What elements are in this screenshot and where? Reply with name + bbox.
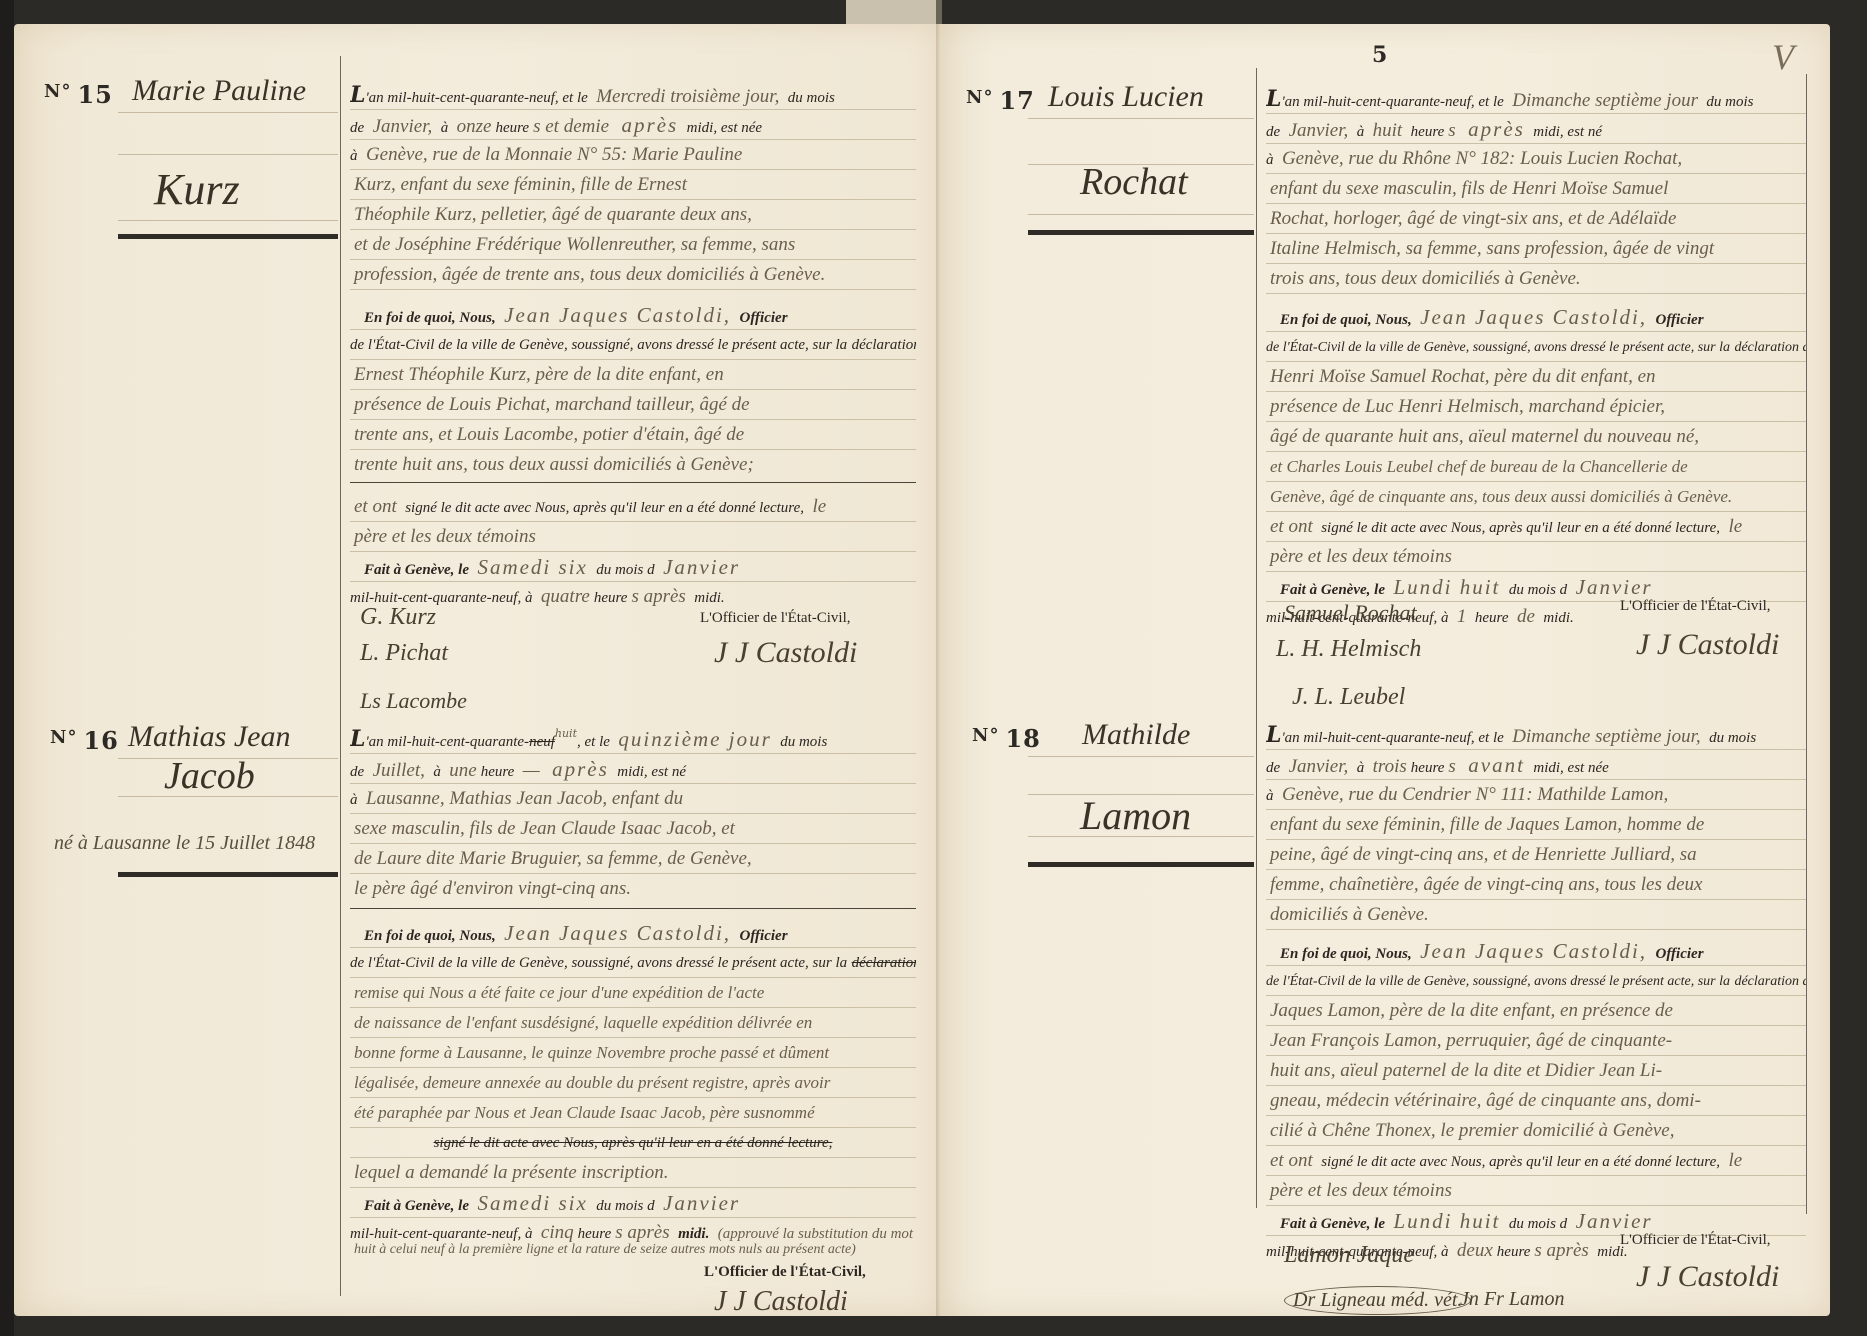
handwritten-field: Lundi huit [1389,575,1504,599]
handwritten-field: après [1464,117,1529,141]
handwritten-line: Jean François Lamon, perruquier, âgé de … [1266,1030,1676,1051]
handwritten-field: Mercredi troisième jour, [592,86,783,107]
handwritten-field: s après [1530,1240,1592,1261]
handwritten-line: Genève, rue du Rhône N° 182: Louis Lucie… [1278,148,1686,169]
signature: G. Kurz [360,604,436,631]
rule [1028,118,1254,119]
rule [1028,214,1254,215]
handwritten-line: lequel a demandé la présente inscription… [350,1162,673,1183]
handwritten-line: Ernest Théophile Kurz, père de la dite e… [350,364,728,385]
handwritten-field: et ont [1266,516,1317,537]
handwritten-line: profession, âgée de trente ans, tous deu… [350,264,829,285]
handwritten-field: Janvier, [1285,120,1353,141]
drop-initial: L [1266,86,1281,112]
handwritten-field: Janvier, [369,116,437,137]
entry-number-15: N°15 [44,80,113,109]
form-text: Fait à Genève, le [1280,1216,1385,1232]
form-text: de l'État-Civil de la ville de Genève, s… [1266,340,1730,355]
form-text: Officier [740,310,788,326]
form-text: Fait à Genève, le [364,562,469,578]
handwritten-field: une [445,760,480,781]
form-text: midi, est né [1533,124,1602,140]
form-text: heure [578,1226,612,1242]
entry-17-declaration: En foi de quoi, Nous, Jean Jaques Castol… [1266,302,1806,632]
handwritten-line: enfant du sexe masculin, fils de Henri M… [1266,178,1672,199]
entry-15-birth: L'an mil-huit-cent-quarante-neuf, et le … [350,80,916,290]
handwritten-field: avant [1464,753,1529,777]
handwritten-field: 1 [1453,606,1471,627]
form-text: du mois d [596,1198,654,1214]
form-text: déclaration de [1734,974,1806,989]
officer-signature: J J Castoldi [1636,1260,1779,1294]
entry-number-18: N°18 [972,724,1041,753]
handwritten-line: enfant du sexe féminin, fille de Jaques … [1266,814,1708,835]
form-text: du mois [1709,730,1756,746]
form-text: Fait à Genève, le [1280,582,1385,598]
entry-15-signing: et ont signé le dit acte avec Nous, aprè… [350,492,916,612]
form-text: 'an mil-huit-cent-quarante-neuf, et le [1281,94,1503,110]
form-text: midi, est né [617,764,686,780]
officer-label: L'Officier de l'État-Civil, [1620,1232,1771,1249]
form-text: à [1357,760,1365,776]
form-text: de [1266,124,1280,140]
form-text: de [350,764,364,780]
margin-divider [340,56,341,1296]
form-text: heure [1497,1244,1531,1260]
handwritten-field: quatre [537,586,594,607]
form-text: déclaration de [852,337,916,353]
handwritten-field: cinq [537,1222,578,1243]
handwritten-line: Rochat, horloger, âgé de vingt-six ans, … [1266,208,1680,229]
entry-16-declaration: En foi de quoi, Nous, Jean Jaques Castol… [350,918,916,1248]
struck-text: déclaration de [852,955,916,971]
entry-number-value: 17 [999,86,1034,115]
form-text: heure [1411,760,1445,776]
section-rule [118,234,338,239]
handwritten-field: Janvier, [1285,756,1353,777]
form-text: du mois d [596,562,654,578]
handwritten-line: de naissance de l'enfant susdésigné, laq… [350,1013,816,1032]
approval-note: huit à celui neuf à la première ligne et… [350,1242,860,1258]
handwritten-field: Juillet, [369,760,429,781]
officer-signature: J J Castoldi [714,1286,848,1318]
drop-initial: L [1266,722,1281,748]
handwritten-field: après [618,113,683,137]
signature: L. H. Helmisch [1276,636,1421,663]
form-text: signé le dit acte avec Nous, après qu'il… [1321,520,1720,536]
entry-surname: Lamon [1080,792,1191,839]
entry-given-names: Mathias Jean [128,720,290,754]
form-text: heure [495,120,529,136]
handwritten-line: peine, âgé de vingt-cinq ans, et de Henr… [1266,844,1701,865]
form-text: Officier [1656,946,1704,962]
drop-initial: L [350,726,365,752]
form-text: à [1357,124,1365,140]
handwritten-line: père et les deux témoins [350,526,540,547]
handwritten-field: s [1444,120,1459,141]
handwritten-field: trois [1369,756,1411,777]
entry-given-names: Marie Pauline [132,74,306,108]
handwritten-line: le père âgé d'environ vingt-cinq ans. [350,878,635,899]
handwritten-field: Samedi six [473,555,591,579]
rule [1028,836,1254,837]
form-text: du mois [788,90,835,106]
form-text: de l'État-Civil de la ville de Genève, s… [350,955,847,971]
form-text: à [1266,152,1274,168]
form-text: midi. [678,1226,709,1242]
form-text: heure [481,764,515,780]
section-rule [350,482,916,483]
folio-mark: V [1772,36,1794,78]
handwritten-line: femme, chaînetière, âgée de vingt-cinq a… [1266,874,1706,895]
handwritten-field: Janvier [659,555,744,579]
handwritten-line: huit ans, aïeul paternel de la dite et D… [1266,1060,1666,1081]
form-text: 'an mil-huit-cent-quarante-neuf, et le [365,90,587,106]
form-text: à [350,148,358,164]
form-text: du mois [1706,94,1753,110]
form-text: midi. [1543,610,1573,626]
birth-note: né à Lausanne le 15 Juillet 1848 [54,832,315,855]
handwritten-line: cilié à Chêne Thonex, le premier domicil… [1266,1120,1679,1141]
handwritten-field: s après [627,586,689,607]
form-text: mil-huit-cent-quarante-neuf, à [350,1226,532,1242]
form-text: En foi de quoi, Nous, [1280,946,1412,962]
officer-name: Jean Jaques Castoldi, [1416,939,1651,963]
entry-given-names: Louis Lucien [1048,80,1204,114]
handwritten-line: Genève, rue de la Monnaie N° 55: Marie P… [362,144,746,165]
signature: Dr Ligneau méd. vét. [1284,1286,1471,1315]
entry-15-declaration: En foi de quoi, Nous, Jean Jaques Castol… [350,300,916,480]
form-text: du mois [780,734,827,750]
entry-surname: Kurz [154,164,240,215]
form-text: du mois d [1509,1216,1567,1232]
right-margin-line [1806,74,1807,1214]
handwritten-field: Dimanche septième jour [1508,90,1702,111]
handwritten-field: Samedi six [473,1191,591,1215]
form-text: Fait à Genève, le [364,1198,469,1214]
handwritten-line: et de Joséphine Frédérique Wollenreuther… [350,234,799,255]
page-number: 5 [1372,42,1387,68]
form-text: Officier [740,928,788,944]
handwritten-line: Jaques Lamon, père de la dite enfant, en… [1266,1000,1677,1021]
handwritten-line: présence de Louis Pichat, marchand taill… [350,394,754,415]
signature: Jn Fr Lamon [1460,1288,1564,1311]
handwritten-field: Janvier [659,1191,744,1215]
officer-name: Jean Jaques Castoldi, [500,921,735,945]
form-text: Officier [1656,312,1704,328]
drop-initial: L [350,82,365,108]
handwritten-line: bonne forme à Lausanne, le quinze Novemb… [350,1043,833,1062]
handwritten-field: Janvier [1572,575,1657,599]
handwritten-line: Italine Helmisch, sa femme, sans profess… [1266,238,1718,259]
form-text: de [1266,760,1280,776]
handwritten-field: de [1513,606,1539,627]
form-text: à [350,792,358,808]
rule [1028,756,1254,757]
form-text: En foi de quoi, Nous, [364,310,496,326]
approval-note: (approuvé la substitution du mot [714,1226,916,1242]
officer-signature: J J Castoldi [1636,628,1779,662]
entry-number-17: N°17 [966,86,1035,115]
handwritten-line: Genève, âgé de cinquante ans, tous deux … [1266,487,1736,506]
handwritten-line: Théophile Kurz, pelletier, âgé de quaran… [350,204,756,225]
handwritten-field: quinzième jour [614,727,775,751]
form-text: signé le dit acte avec Nous, après qu'il… [405,500,804,516]
handwritten-field: et ont [1266,1150,1317,1171]
entry-16-birth: L'an mil-huit-cent-quarante-neufhuit, et… [350,724,916,904]
form-text: signé le dit acte avec Nous, après qu'il… [1321,1154,1720,1170]
form-text: déclaration de [1734,340,1806,355]
handwritten-line: Genève, rue du Cendrier N° 111: Mathilde… [1278,784,1672,805]
section-rule [1028,230,1254,235]
form-text: En foi de quoi, Nous, [1280,312,1412,328]
entry-given-names: Mathilde [1082,718,1190,752]
handwritten-field: onze [453,116,496,137]
entry-number-16: N°16 [50,726,119,755]
handwritten-field: huit [1369,120,1407,141]
handwritten-field: le [1724,1150,1746,1171]
officer-signature: J J Castoldi [714,636,857,670]
handwritten-line: présence de Luc Henri Helmisch, marchand… [1266,396,1669,417]
entry-number-value: 18 [1005,724,1040,753]
officer-label: L'Officier de l'État-Civil, [700,610,851,627]
rule [118,154,338,155]
form-text: heure [1411,124,1445,140]
handwritten-line: légalisée, demeure annexée au double du … [350,1073,834,1092]
form-text: de [350,120,364,136]
form-text: 'an mil-huit-cent-quarante-neuf, et le [1281,730,1503,746]
struck-text: signé le dit acte avec Nous, après qu'il… [434,1135,833,1151]
signature: L. Pichat [360,640,448,667]
form-text: à [1266,788,1274,804]
form-text: heure [594,590,628,606]
handwritten-line: père et les deux témoins [1266,1180,1456,1201]
handwritten-line: remise qui Nous a été faite ce jour d'un… [350,983,768,1002]
handwritten-line: père et les deux témoins [1266,546,1456,567]
handwritten-line: Lausanne, Mathias Jean Jacob, enfant du [362,788,687,809]
entry-18-declaration: En foi de quoi, Nous, Jean Jaques Castol… [1266,936,1806,1266]
handwritten-field: — [519,760,544,781]
rule [118,112,338,113]
section-rule [350,908,916,909]
handwritten-field: le [1724,516,1746,537]
handwritten-field: s et demie [529,116,613,137]
handwritten-line: domiciliés à Genève. [1266,904,1433,925]
officer-name: Jean Jaques Castoldi, [500,303,735,327]
signature: Lamon Jaque [1284,1242,1414,1269]
officer-name: Jean Jaques Castoldi, [1416,305,1651,329]
entry-surname: Rochat [1080,160,1188,204]
handwritten-line: sexe masculin, fils de Jean Claude Isaac… [350,818,739,839]
form-text: midi, est née [1533,760,1608,776]
officer-label: L'Officier de l'État-Civil, [704,1264,866,1281]
margin-divider [1256,68,1257,1208]
form-text: midi. [694,590,724,606]
handwritten-line: été paraphée par Nous et Jean Claude Isa… [350,1103,819,1122]
inserted-text: huit [555,727,577,740]
struck-text: neuf [529,734,555,750]
section-rule [118,872,338,877]
entry-number-value: 15 [77,80,112,109]
handwritten-line: de Laure dite Marie Bruguier, sa femme, … [350,848,756,869]
form-text: En foi de quoi, Nous, [364,928,496,944]
form-text: à [433,764,441,780]
handwritten-line: Henri Moïse Samuel Rochat, père du dit e… [1266,366,1660,387]
handwritten-line: gneau, médecin vétérinaire, âgé de cinqu… [1266,1090,1705,1111]
entry-number-value: 16 [83,726,118,755]
entry-17-birth: L'an mil-huit-cent-quarante-neuf, et le … [1266,84,1806,294]
handwritten-line: trente ans, et Louis Lacombe, potier d'é… [350,424,748,445]
handwritten-line: Kurz, enfant du sexe féminin, fille de E… [350,174,691,195]
book-cover-edge [0,0,14,1336]
handwritten-field: le [808,496,830,517]
handwritten-field: Dimanche septième jour, [1508,726,1704,747]
signature: Samuel Rochat [1284,600,1417,626]
form-text: heure [1475,610,1509,626]
handwritten-field: s [1444,756,1459,777]
handwritten-field: après [548,757,613,781]
form-text: de l'État-Civil de la ville de Genève, s… [350,337,847,353]
form-text: midi, est née [687,120,762,136]
rule [118,796,338,797]
binding-tab [846,0,942,24]
handwritten-line: et Charles Louis Leubel chef de bureau d… [1266,457,1692,476]
section-rule [1028,862,1254,867]
handwritten-line: âgé de quarante huit ans, aïeul maternel… [1266,426,1703,447]
entry-18-birth: L'an mil-huit-cent-quarante-neuf, et le … [1266,720,1806,930]
handwritten-line: trente huit ans, tous deux aussi domicil… [350,454,758,475]
right-page: 5 V N°17 Louis Lucien Rochat L'an mil-hu… [940,24,1830,1316]
rule [118,220,338,221]
form-text: à [441,120,449,136]
handwritten-field: et ont [350,496,401,517]
handwritten-field: s après [611,1222,673,1243]
entry-surname: Jacob [164,754,255,798]
handwritten-field: Janvier [1572,1209,1657,1233]
handwritten-field: deux [1453,1240,1497,1261]
officer-label: L'Officier de l'État-Civil, [1620,598,1771,615]
form-text: de l'État-Civil de la ville de Genève, s… [1266,974,1730,989]
signature: J. L. Leubel [1292,684,1405,711]
form-text: du mois d [1509,582,1567,598]
left-page: N°15 Marie Pauline Kurz L'an mil-huit-ce… [14,24,940,1316]
handwritten-line: trois ans, tous deux domiciliés à Genève… [1266,268,1585,289]
signature: Ls Lacombe [360,688,467,714]
handwritten-field: Lundi huit [1389,1209,1504,1233]
